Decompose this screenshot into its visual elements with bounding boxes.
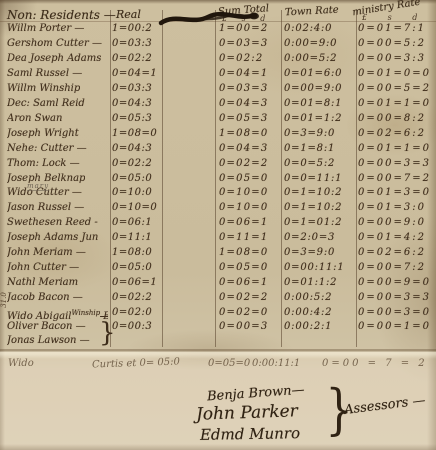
ministry-rate-value: 0=01=4:2 [358,231,426,245]
real-value: 1=08:0 [112,246,152,260]
ministry-rate-value: 0=00=7:2 [358,261,426,275]
town-rate-value: 0=0=11:1 [284,172,342,186]
real-value: 0=10=0 [112,201,157,215]
town-rate-value: 0:00:5:2 [284,291,332,305]
summary-label: Wido [8,358,34,369]
ministry-rate-value: 0=00=3=0 [358,306,431,320]
row-name: John Cutter — [7,261,79,275]
table-row: Oliver Bacon — 0=00:3 0=00=3 0:00:2:1 0=… [0,320,436,335]
real-value: 0=03:3 [112,37,152,51]
ministry-rate-value: 0=00=8:2 [358,112,426,126]
town-rate-value: 0:00=5:2 [284,52,337,66]
sum-total-value: 0=04=3 [219,97,268,111]
real-value: 0=02:2 [112,291,152,305]
table-row: Jonas Lawson — [0,334,436,349]
table-row: Swethesen Reed -0=06:10=06=10=1=01:20=00… [0,216,436,231]
table-row: Nathl Meriam0=06=10=06=10=01:1:20=00=9=0 [0,276,436,291]
sum-total-value: 0=06=1 [219,216,268,230]
table-row: Aron Swan0=05:30=05=30=01=1:20=00=8:2 [0,112,436,127]
ministry-rate-value: 0=02=6:2 [358,127,426,141]
town-rate-value: 0=3=9:0 [284,127,335,141]
town-rate-value: 0=1=10:2 [284,186,342,200]
ministry-rate-value: 0=00=3:3 [358,52,426,66]
row-name: Joseph Wright [7,127,79,141]
ministry-rate-value: 0=01=1=0 [358,142,431,156]
table-row: Dea Joseph Adams0=02:20=02:20:00=5:20=00… [0,52,436,67]
real-value: 0=05:0 [112,261,152,275]
summary-sum: 0=05=0 [208,358,250,369]
ministry-rate-value: 0=00=3=3 [358,157,431,171]
real-value: 0=06=1 [112,276,157,290]
column-header-real: Real [116,8,141,21]
real-value: 0=02:2 [112,157,152,171]
town-rate-value: 0:00:2:1 [284,320,332,334]
ministry-rate-value: 0=00=9=0 [358,276,431,290]
row-name: Willm Porter — [7,22,84,36]
row-name: Jacob Bacon — [7,291,83,305]
town-rate-value: 0:02:4:0 [284,22,332,36]
sum-total-value: 0=04=1 [219,67,268,81]
signature: Edmd Munro [200,424,300,444]
row-name: Saml Russel — [7,67,82,81]
summary-town: 0:00:11:1 [252,358,300,369]
column-header-town-rate: Town Rate [285,5,339,19]
ministry-rate-value: 0=01=3:0 [358,201,426,215]
table-row: Joseph Wright1=08=01=08=00=3=9:00=02=6:2 [0,127,436,142]
row-name: Jonas Lawson — [7,334,90,348]
table-row: Willm Porter —1=00:21=00=20:02:4:00=01=7… [0,22,436,37]
table-row: Wido Cutter —0=10:00=10=00=1=10:20=01=3=… [0,186,436,201]
town-rate-value: 0=01=6:0 [284,67,342,81]
town-rate-value: 0=00:11:1 [284,261,345,275]
town-rate-value: 0=01=8:1 [284,97,342,111]
row-name: Nathl Meriam [7,276,78,290]
row-name: Swethesen Reed - [7,216,98,230]
ministry-rate-value: 0=00=3=3 [358,291,431,305]
row-name: Jason Russel — [7,201,84,215]
table-row: Nehe: Cutter —0=04:30=04=30=1=8:10=01=1=… [0,142,436,157]
sum-total-value: 0=00=3 [219,320,268,334]
manuscript-page: Non: Residents — Real Sum Total £ s d To… [0,0,436,450]
real-value: 0=11:1 [112,231,152,245]
ministry-rate-value: 0=00=7=2 [358,172,431,186]
row-name: Thom: Lock — [7,157,80,171]
margin-note: 31.0 [0,292,8,308]
table-row: Joseph Adams Jun0=11:10=11=10=2:0=30=01=… [0,231,436,246]
sum-total-value: 0=05=3 [219,112,268,126]
row-name: Gershom Cutter — [7,37,102,51]
ministry-rate-value: 0=00=5=2 [358,82,431,96]
real-value: 0=05:0 [112,172,152,186]
inserted-name: Winship [71,309,100,317]
real-value: 0=06:1 [112,216,152,230]
row-name: Willm Winship [7,82,80,96]
sum-total-value: 0=02=2 [219,291,268,305]
real-value: 1=00:2 [112,22,152,36]
sum-total-value: 0=02:2 [219,52,263,66]
sum-total-value: 0=05=0 [219,172,268,186]
sum-total-value: 0=10=0 [219,186,268,200]
page-title: Non: Residents — [7,8,116,22]
table-row: Thom: Lock —0=02:20=02=20=0=5:20=00=3=3 [0,157,436,172]
real-value: 1=08=0 [112,127,157,141]
sum-total-value: 1=00=2 [219,22,268,36]
real-value: 0=04=1 [112,67,157,81]
sum-total-value: 0=11=1 [219,231,268,245]
row-name: Dec: Saml Reid [7,97,85,111]
sum-total-value: 0=03=3 [219,37,268,51]
row-name: Aron Swan [7,112,62,126]
town-rate-value: 0:00:4:2 [284,306,332,320]
ministry-rate-value: 0=00=9:0 [358,216,426,230]
row-name: John Meriam — [7,246,86,260]
sum-total-value: 0=03=3 [219,82,268,96]
row-name: Nehe: Cutter — [7,142,87,156]
ministry-rate-value: 0=01=3=0 [358,186,431,200]
table-row: Saml Russel —0=04=10=04=10=01=6:00=01=0=… [0,67,436,82]
table-row: John Cutter —0=05:00=05=00=00:11:10=00=7… [0,261,436,276]
town-rate-value: 0=2:0=3 [284,231,335,245]
bracket-brace: } [99,318,116,348]
sum-total-value: 0=02=0 [219,306,268,320]
sum-total-value: 0=10=0 [219,201,268,215]
town-rate-value: 0=00=9:0 [284,82,342,96]
ministry-rate-value: 0=00=1=0 [358,320,431,334]
ministry-rate-value: 0=01=7:1 [358,22,426,36]
town-rate-value: 0=3=9:0 [284,246,335,260]
ministry-rate-value: 0=02=6:2 [358,246,426,260]
row-name: Oliver Bacon — [7,320,86,334]
table-row: Jacob Bacon —0=02:20=02=20:00:5:20=00=3=… [0,291,436,306]
signature: John Parker [196,401,298,425]
ministry-rate-subheader: £ s d q [362,13,436,22]
real-value: 0=04:3 [112,142,152,156]
ministry-rate-value: 0=01=1=0 [358,97,431,111]
town-rate-value: 0:00=9:0 [284,37,337,51]
table-row: Jason Russel —0=10=00=10=00=1=10:20=01=3… [0,201,436,216]
town-rate-value: 0=01=1:2 [284,112,342,126]
real-value: 0=02:0 [112,306,152,320]
table-row: Dec: Saml Reid0=04:30=04=30=01=8:10=01=1… [0,97,436,112]
row-name: Dea Joseph Adams [7,52,101,66]
sum-total-value: 0=02=2 [219,157,268,171]
ministry-rate-value: 0=01=0=0 [358,67,431,81]
ministry-rate-value: 0=00=5:2 [358,37,426,51]
real-value: 0=02:2 [112,52,152,66]
sum-total-value: 0=06=1 [219,276,268,290]
sum-total-value: 1=08=0 [219,127,268,141]
sum-total-value: 1=08=0 [219,246,268,260]
pencil-note: mary [27,182,49,191]
table-row: Wido AbigailWinship Bacon0=02:00=02=00:0… [0,306,436,321]
town-rate-value: 0=1=10:2 [284,201,342,215]
real-value: 0=04:3 [112,97,152,111]
town-rate-value: 0=01:1:2 [284,276,337,290]
real-value: 0=00:3 [112,320,152,334]
table-row: John Meriam —1=08:01=08=00=3=9:00=02=6:2 [0,246,436,261]
table-row: Willm Winship0=03:30=03=30=00=9:00=00=5=… [0,82,436,97]
table-row: Gershom Cutter —0=03:30=03=30:00=9:00=00… [0,37,436,52]
summary-ministry: 0=00 = 7 = 2 [322,358,428,369]
sum-total-value: 0=05=0 [219,261,268,275]
sum-total-value: 0=04=3 [219,142,268,156]
real-value: 0=03:3 [112,82,152,96]
row-name: Joseph Adams Jun [7,231,98,245]
real-value: 0=10:0 [112,186,152,200]
town-rate-value: 0=1=8:1 [284,142,335,156]
town-rate-value: 0=1=01:2 [284,216,342,230]
real-value: 0=05:3 [112,112,152,126]
table-row: Joseph Belknap0=05:00=05=00=0=11:10=00=7… [0,172,436,187]
town-rate-value: 0=0=5:2 [284,157,335,171]
